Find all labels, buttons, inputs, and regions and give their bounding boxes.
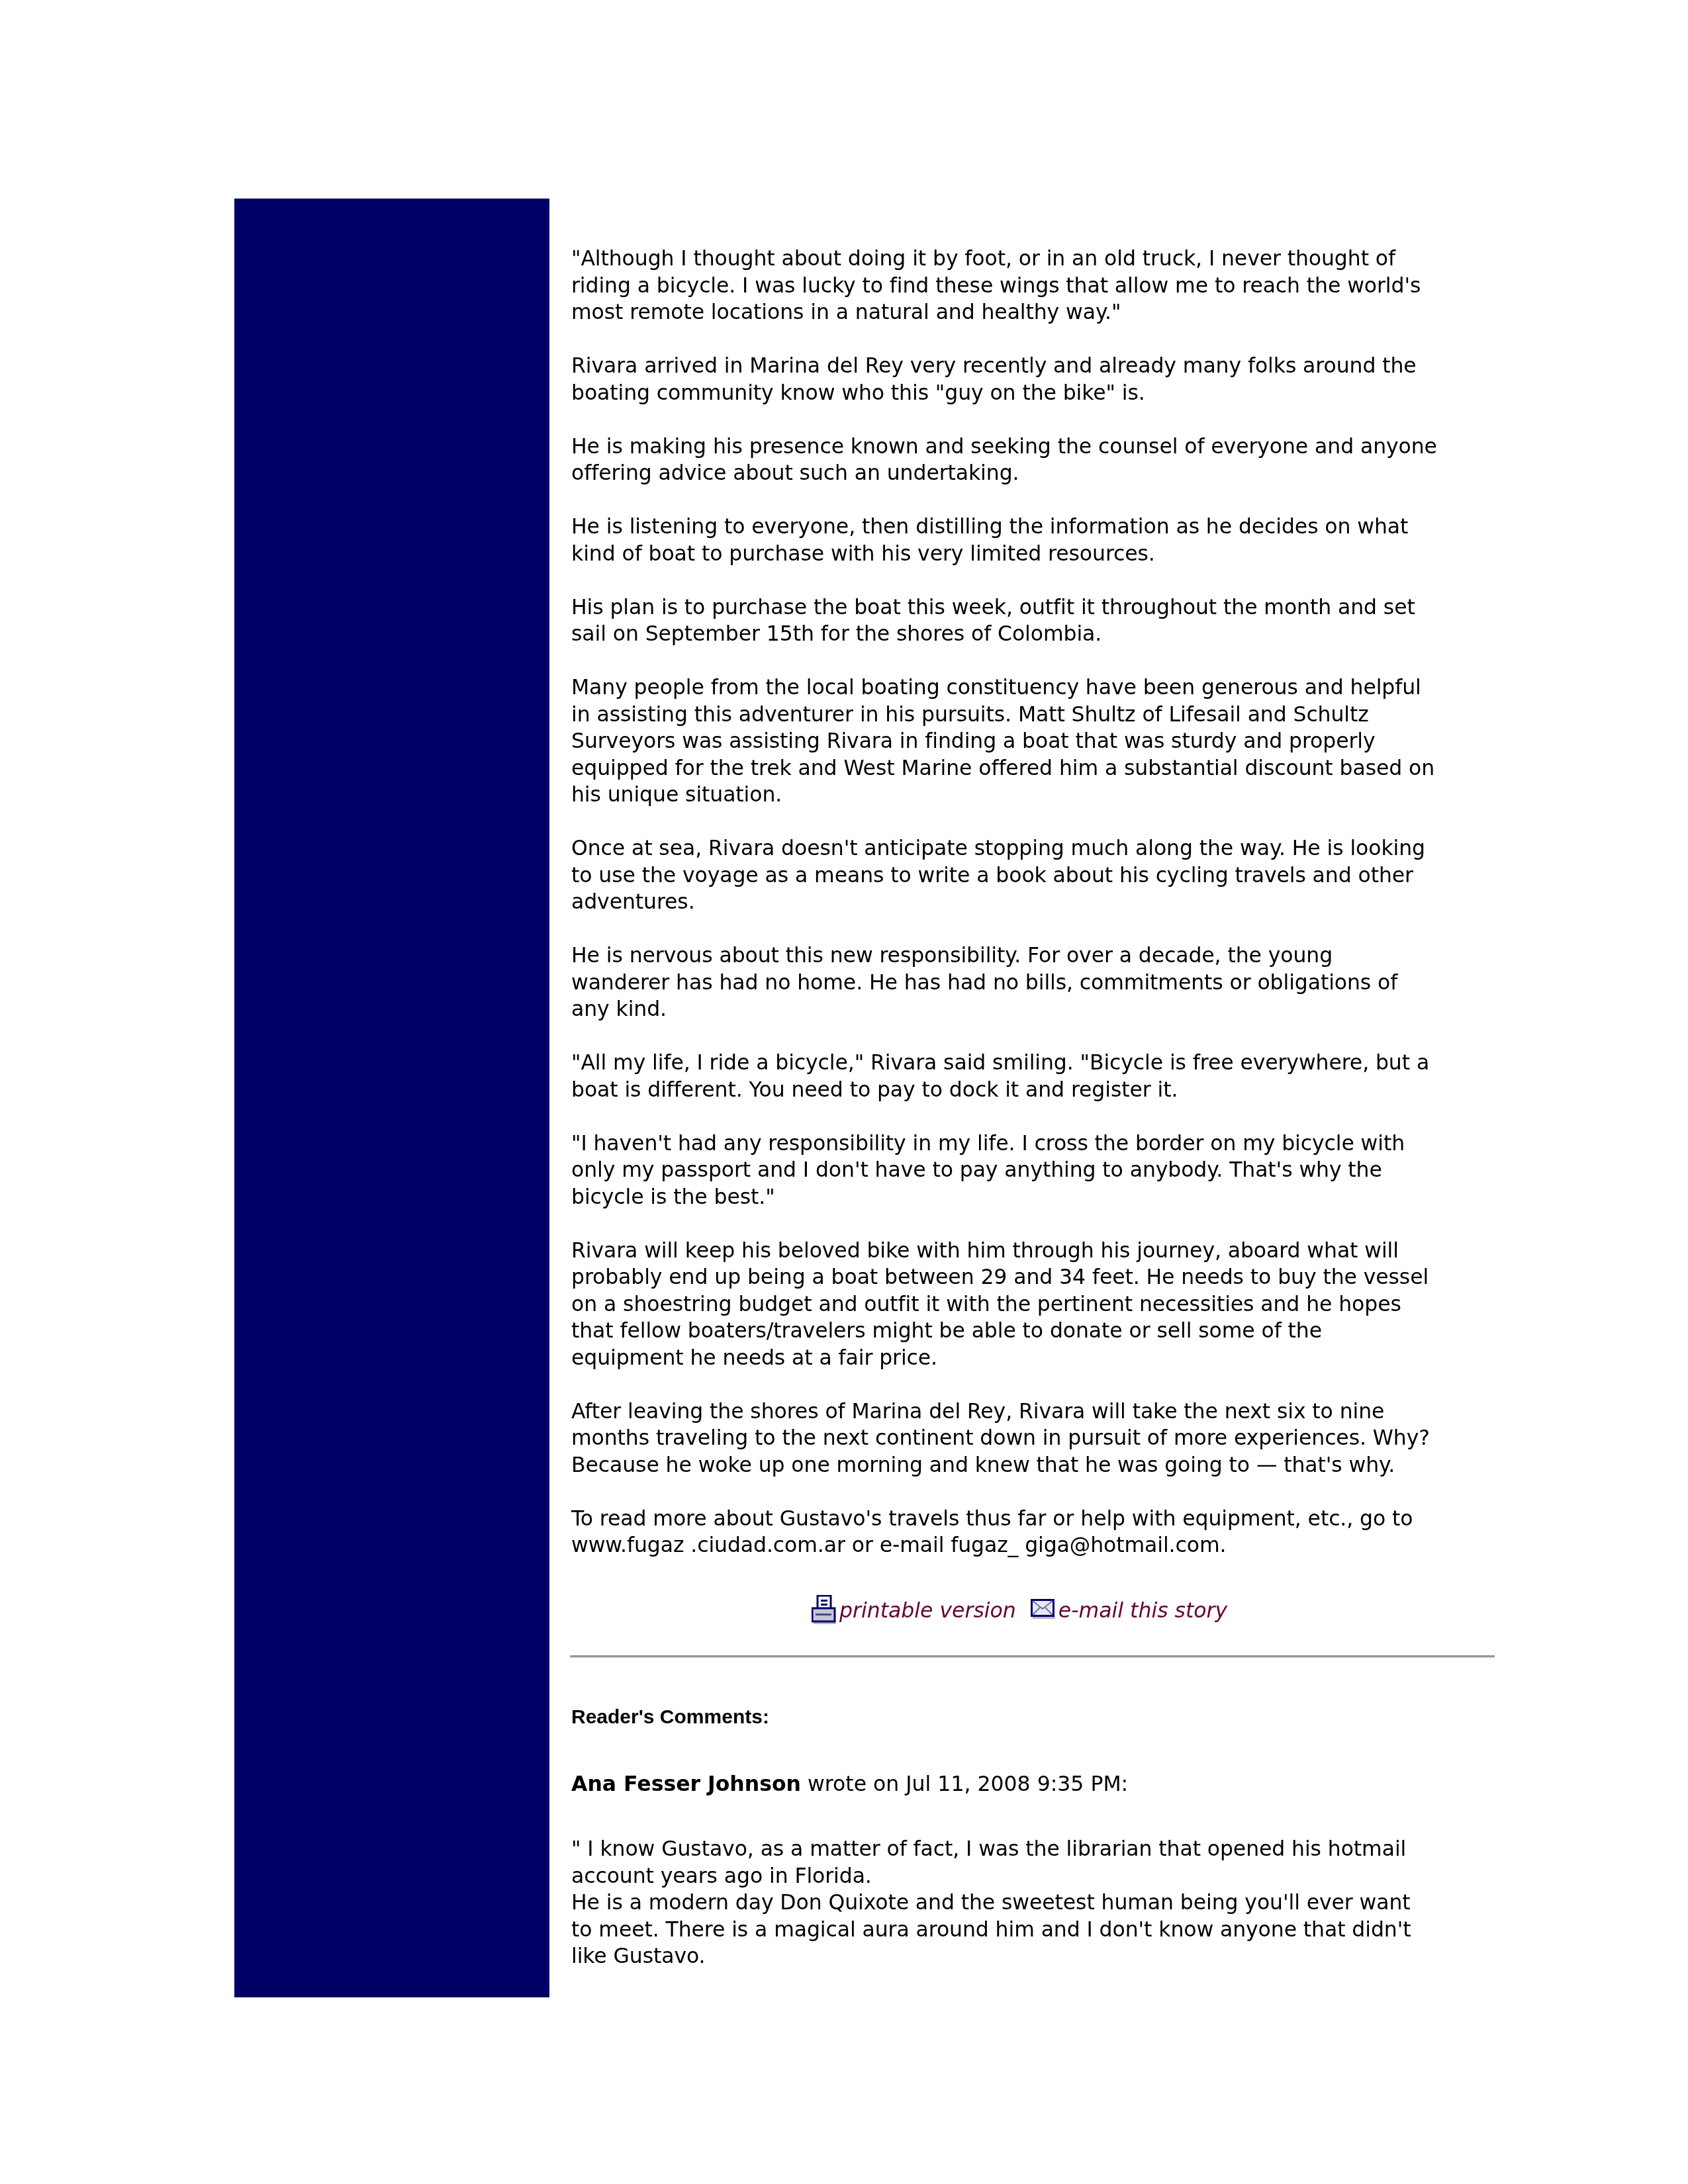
printable-version-link[interactable]: printable version xyxy=(839,1598,1016,1624)
text-line: offering advice about such an undertakin… xyxy=(571,460,1498,487)
text-line: kind of boat to purchase with his very l… xyxy=(571,541,1498,568)
text-line: After leaving the shores of Marina del R… xyxy=(571,1398,1498,1426)
comment-line: " I know Gustavo, as a matter of fact, I… xyxy=(571,1836,1498,1863)
article-paragraph-contact: To read more about Gustavo's travels thu… xyxy=(571,1506,1498,1559)
comment-line: He is a modern day Don Quixote and the s… xyxy=(571,1889,1498,1917)
article-paragraph: "All my life, I ride a bicycle," Rivara … xyxy=(571,1050,1498,1103)
article-paragraph: "Although I thought about doing it by fo… xyxy=(571,246,1498,326)
comment-body: " I know Gustavo, as a matter of fact, I… xyxy=(571,1836,1498,1970)
text-line: "Although I thought about doing it by fo… xyxy=(571,246,1498,273)
text-line: "All my life, I ride a bicycle," Rivara … xyxy=(571,1050,1498,1077)
comment-timestamp: wrote on Jul 11, 2008 9:35 PM: xyxy=(801,1772,1128,1796)
text-line: months traveling to the next continent d… xyxy=(571,1425,1498,1452)
comment-line: account years ago in Florida. xyxy=(571,1863,1498,1890)
article-paragraph: Many people from the local boating const… xyxy=(571,674,1498,809)
text-line: riding a bicycle. I was lucky to find th… xyxy=(571,273,1498,300)
article-paragraph: He is listening to everyone, then distil… xyxy=(571,514,1498,567)
text-line: He is making his presence known and seek… xyxy=(571,433,1498,461)
left-sidebar-bar xyxy=(234,199,549,1997)
text-line: his unique situation. xyxy=(571,782,1498,809)
article-paragraph: After leaving the shores of Marina del R… xyxy=(571,1398,1498,1479)
text-line: boating community know who this "guy on … xyxy=(571,380,1498,407)
article-paragraph: He is nervous about this new responsibil… xyxy=(571,942,1498,1023)
comment-line: to meet. There is a magical aura around … xyxy=(571,1917,1498,1944)
story-actions: printable version e-mail this story xyxy=(812,1591,1227,1624)
contact-line: www.fugaz .ciudad.com.ar or e-mail fugaz… xyxy=(571,1532,1498,1559)
article-paragraph: Once at sea, Rivara doesn't anticipate s… xyxy=(571,835,1498,916)
comments-heading: Reader's Comments: xyxy=(571,1706,769,1729)
email-story-link[interactable]: e-mail this story xyxy=(1058,1598,1227,1624)
text-line: that fellow boaters/travelers might be a… xyxy=(571,1318,1498,1345)
article-paragraph: "I haven't had any responsibility in my … xyxy=(571,1130,1498,1211)
text-line: He is nervous about this new responsibil… xyxy=(571,942,1498,970)
text-line: To read more about Gustavo's travels thu… xyxy=(571,1506,1498,1533)
text-line: boat is different. You need to pay to do… xyxy=(571,1077,1498,1104)
comment-author: Ana Fesser Johnson xyxy=(571,1772,801,1796)
comment-meta: Ana Fesser Johnson wrote on Jul 11, 2008… xyxy=(571,1771,1128,1798)
article-paragraph: Rivara will keep his beloved bike with h… xyxy=(571,1238,1498,1372)
article-paragraph: His plan is to purchase the boat this we… xyxy=(571,594,1498,648)
text-line: equipped for the trek and West Marine of… xyxy=(571,755,1498,782)
text-line: bicycle is the best." xyxy=(571,1184,1498,1211)
text-line: to use the voyage as a means to write a … xyxy=(571,862,1498,889)
text-line: Rivara will keep his beloved bike with h… xyxy=(571,1238,1498,1265)
text-line: Surveyors was assisting Rivara in findin… xyxy=(571,728,1498,755)
text-line: "I haven't had any responsibility in my … xyxy=(571,1130,1498,1158)
text-line: any kind. xyxy=(571,996,1498,1023)
article-paragraph: Rivara arrived in Marina del Rey very re… xyxy=(571,353,1498,406)
section-divider xyxy=(570,1655,1495,1658)
text-line: sail on September 15th for the shores of… xyxy=(571,621,1498,648)
text-line: Many people from the local boating const… xyxy=(571,674,1498,702)
article-body: "Although I thought about doing it by fo… xyxy=(571,246,1498,1586)
text-line: equipment he needs at a fair price. xyxy=(571,1345,1498,1372)
text-line: probably end up being a boat between 29 … xyxy=(571,1264,1498,1291)
envelope-icon[interactable] xyxy=(1031,1599,1056,1619)
text-line: in assisting this adventurer in his purs… xyxy=(571,702,1498,729)
printer-icon[interactable] xyxy=(812,1595,837,1624)
text-line: Once at sea, Rivara doesn't anticipate s… xyxy=(571,835,1498,862)
article-paragraph: He is making his presence known and seek… xyxy=(571,433,1498,487)
text-line: Rivara arrived in Marina del Rey very re… xyxy=(571,353,1498,380)
text-line: wanderer has had no home. He has had no … xyxy=(571,970,1498,997)
text-line: His plan is to purchase the boat this we… xyxy=(571,594,1498,621)
text-line: only my passport and I don't have to pay… xyxy=(571,1157,1498,1184)
text-line: adventures. xyxy=(571,889,1498,916)
text-line: Because he woke up one morning and knew … xyxy=(571,1452,1498,1479)
text-line: most remote locations in a natural and h… xyxy=(571,299,1498,326)
text-line: He is listening to everyone, then distil… xyxy=(571,514,1498,541)
text-line: on a shoestring budget and outfit it wit… xyxy=(571,1291,1498,1318)
comment-line: like Gustavo. xyxy=(571,1943,1498,1970)
